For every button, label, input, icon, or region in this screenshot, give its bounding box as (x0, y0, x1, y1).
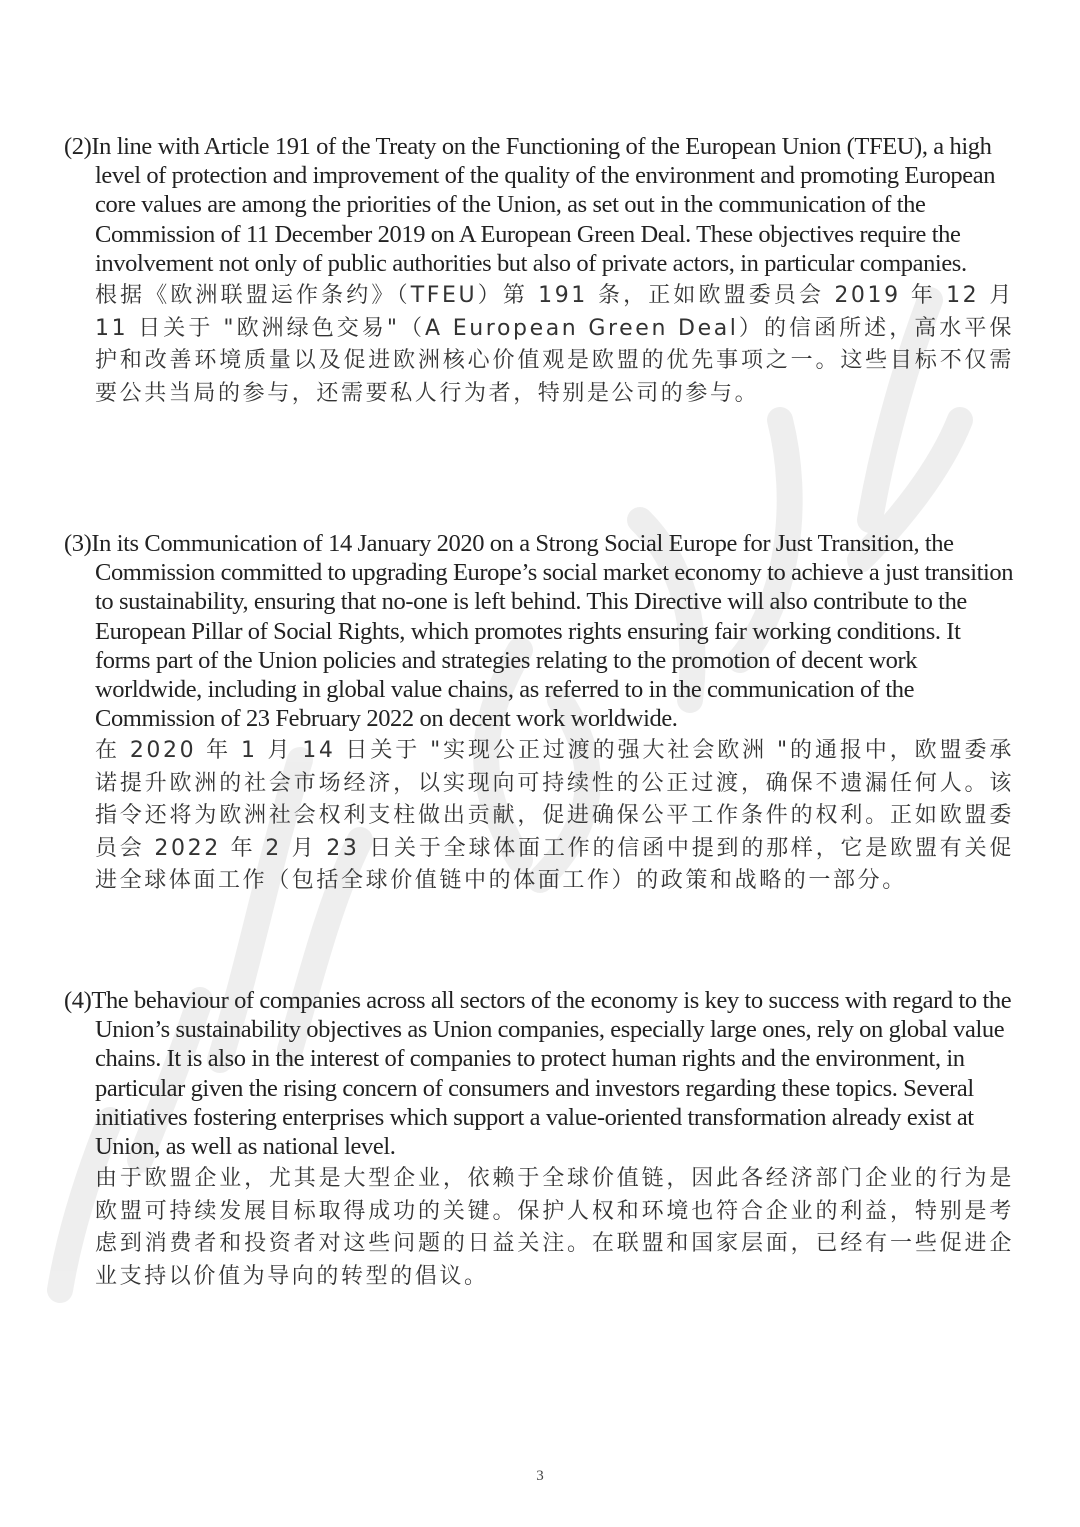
recital-4: (4)The behaviour of companies across all… (64, 986, 1014, 1293)
recital-2-english: (2)In line with Article 191 of the Treat… (64, 132, 1014, 278)
recital-2: (2)In line with Article 191 of the Treat… (64, 132, 1014, 410)
recital-3: (3)In its Communication of 14 January 20… (64, 529, 1014, 898)
recital-number: (2) (64, 133, 91, 160)
recital-text: The behaviour of companies across all se… (91, 987, 1011, 1160)
recital-number: (3) (64, 530, 91, 557)
recital-2-chinese: 根据《欧洲联盟运作条约》（TFEU）第 191 条，正如欧盟委员会 2019 年… (64, 280, 1014, 410)
page-number: 3 (0, 1468, 1080, 1485)
recital-text: In its Communication of 14 January 2020 … (91, 530, 1013, 732)
recital-text: In line with Article 191 of the Treaty o… (91, 133, 995, 277)
recital-3-chinese: 在 2020 年 1 月 14 日关于 "实现公正过渡的强大社会欧洲 "的通报中… (64, 735, 1014, 898)
recital-4-chinese: 由于欧盟企业，尤其是大型企业，依赖于全球价值链，因此各经济部门企业的行为是欧盟可… (64, 1163, 1014, 1293)
recital-3-english: (3)In its Communication of 14 January 20… (64, 529, 1014, 733)
recital-number: (4) (64, 987, 91, 1014)
recital-4-english: (4)The behaviour of companies across all… (64, 986, 1014, 1161)
